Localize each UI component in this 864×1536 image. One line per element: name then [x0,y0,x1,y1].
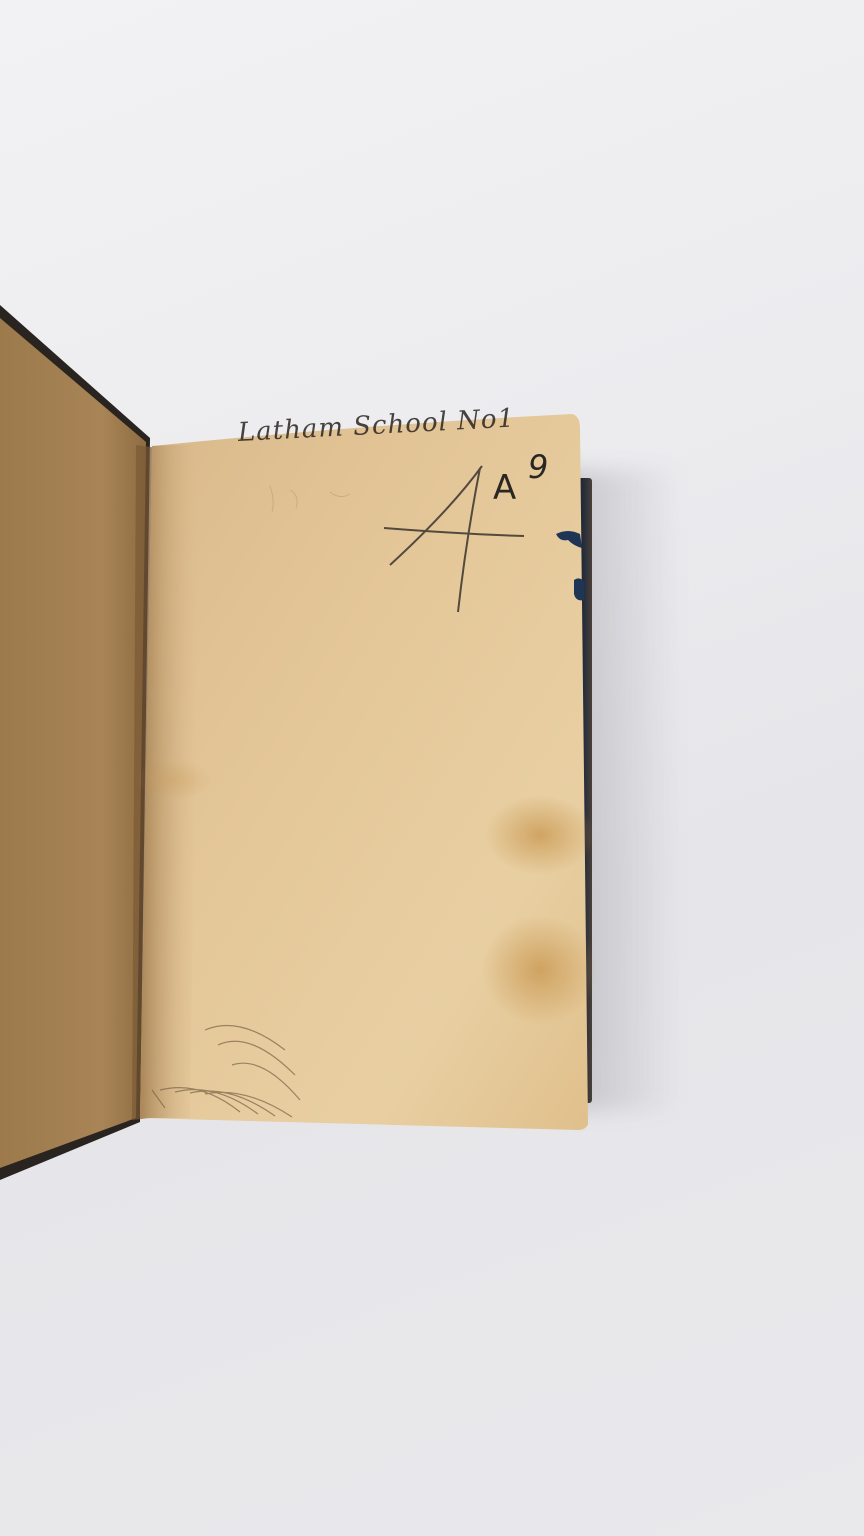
handwritten-grade-superscript: 9 [528,448,548,486]
flyleaf-page [0,0,864,1536]
handwritten-grade-letter: A [493,468,516,508]
photo-scene: Latham School No1 A 9 [0,0,864,1536]
